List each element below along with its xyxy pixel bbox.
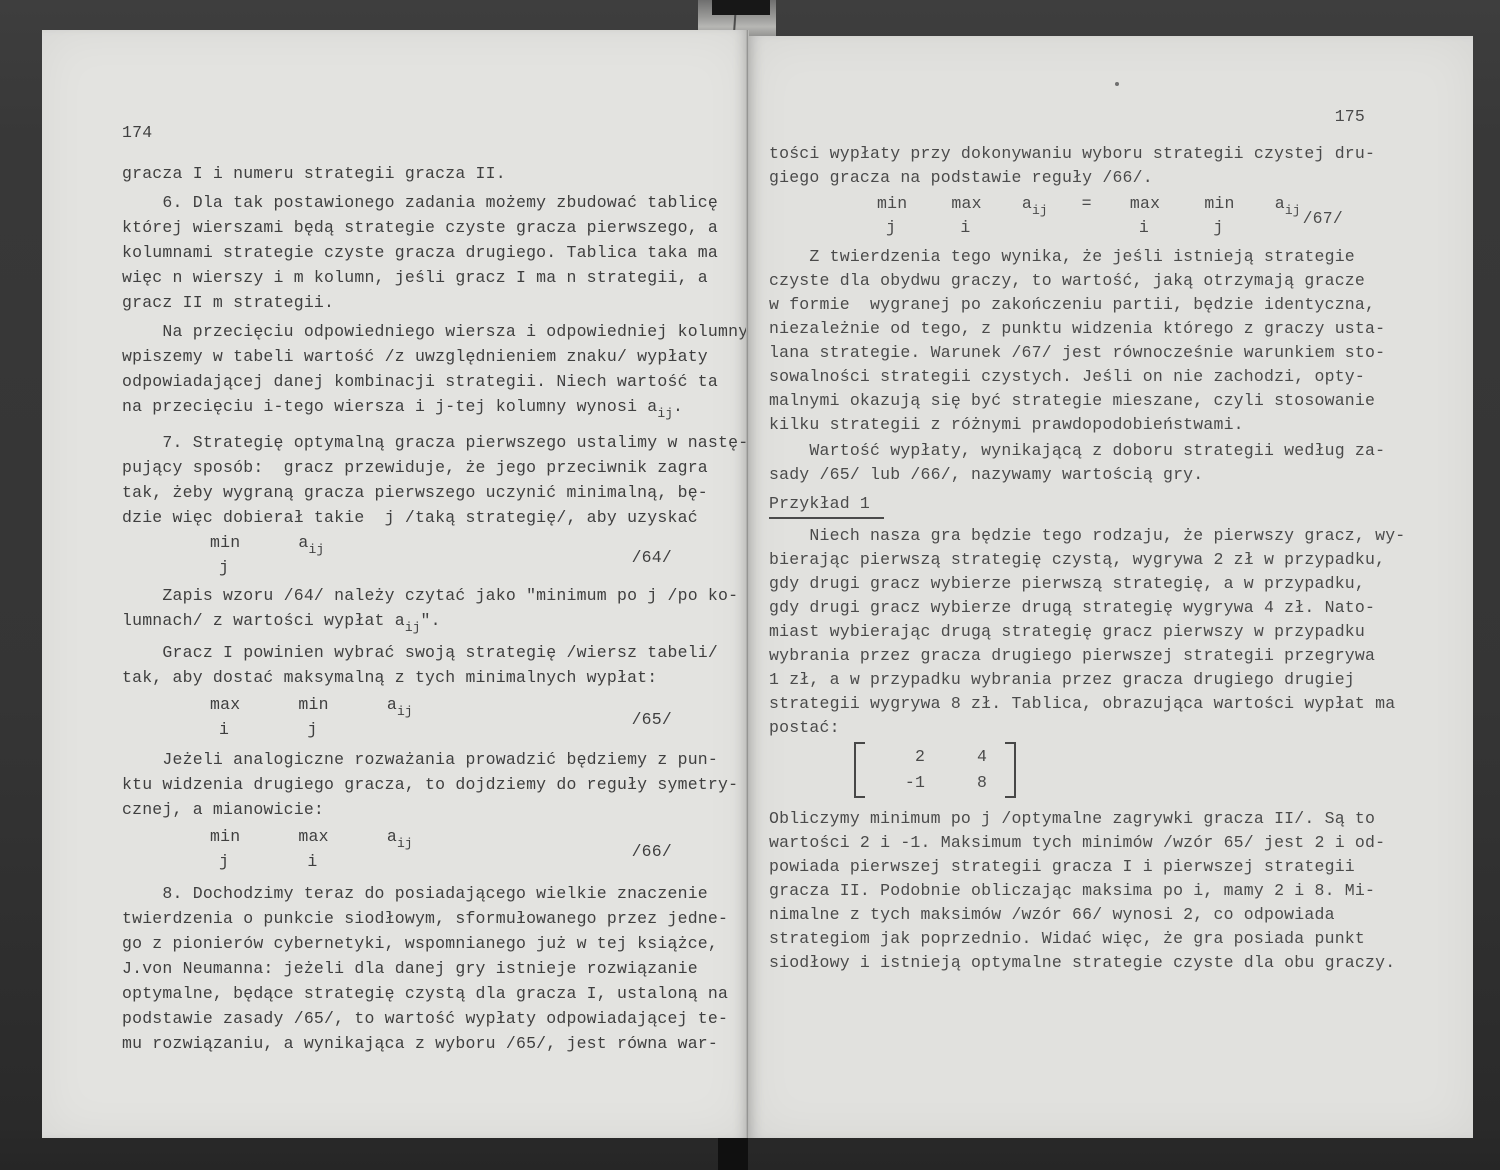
equals-sign: =	[1082, 192, 1092, 216]
paragraph: Jeżeli analogiczne rozważania prowadzić …	[122, 747, 734, 822]
right-bracket	[1005, 742, 1016, 798]
right-text-column: 175 tości wypłaty przy dokonywaniu wybor…	[769, 105, 1373, 979]
example-heading-row: Przykład 1	[769, 492, 1373, 524]
paragraph: 7. Strategię optymalną gracza pierwszego…	[122, 430, 734, 530]
formula-label: /67/	[1303, 207, 1343, 231]
min-operator: minj	[210, 824, 240, 874]
formula-65: maxi minj aij /65/	[122, 692, 734, 742]
example-heading: Przykład 1	[769, 492, 884, 519]
paragraph: 8. Dochodzimy teraz do posiadającego wie…	[122, 881, 734, 1056]
formula-66: minj maxi aij /66/	[122, 824, 734, 874]
page-175: 175 tości wypłaty przy dokonywaniu wybor…	[749, 36, 1473, 1138]
paragraph: Z twierdzenia tego wynika, że jeśli istn…	[769, 245, 1373, 437]
paragraph: gracza I i numeru strategii gracza II.	[122, 161, 734, 186]
left-text-column: 174 gracza I i numeru strategii gracza I…	[122, 120, 734, 1060]
matrix-values: 2 4 -1 8	[877, 744, 993, 796]
page-number: 174	[122, 120, 734, 145]
paragraph: Zapis wzoru /64/ należy czytać jako "min…	[122, 583, 734, 640]
page-174: 174 gracza I i numeru strategii gracza I…	[42, 30, 748, 1138]
paragraph: Na przecięciu odpowiedniego wiersza i od…	[122, 319, 734, 426]
left-bracket	[854, 742, 865, 798]
bottom-notch	[718, 1138, 748, 1170]
paragraph: 6. Dla tak postawionego zadania możemy z…	[122, 190, 734, 315]
binding-strip	[712, 0, 770, 15]
paragraph: Niech nasza gra będzie tego rodzaju, że …	[769, 524, 1373, 740]
formula-label: /65/	[632, 707, 672, 732]
matrix-cell: 4	[977, 744, 987, 770]
max-operator: maxi	[210, 692, 240, 742]
max-operator: maxi	[298, 824, 328, 874]
formula-67: minj maxi aij = maxi minj aij /67/	[769, 192, 1373, 240]
min-operator: minj	[1204, 192, 1234, 240]
payoff-variable: aij	[1022, 192, 1048, 223]
scan-speck	[1115, 82, 1119, 86]
book-scan: 174 gracza I i numeru strategii gracza I…	[0, 0, 1500, 1170]
max-operator: maxi	[951, 192, 981, 240]
matrix-cell: -1	[905, 770, 925, 796]
min-operator: minj	[877, 192, 907, 240]
max-operator: maxi	[1130, 192, 1160, 240]
formula-label: /64/	[632, 545, 672, 570]
payoff-variable: aij	[298, 530, 324, 562]
paragraph: Obliczymy minimum po j /optymalne zagryw…	[769, 807, 1373, 975]
paragraph: Wartość wypłaty, wynikającą z doboru str…	[769, 439, 1373, 487]
matrix-cell: 8	[977, 770, 987, 796]
formula-label: /66/	[632, 839, 672, 864]
page-number: 175	[769, 105, 1373, 129]
payoff-variable: aij	[1275, 192, 1301, 223]
formula-64: minj aij /64/	[122, 530, 734, 580]
min-operator: minj	[210, 530, 240, 580]
paragraph: tości wypłaty przy dokonywaniu wyboru st…	[769, 142, 1373, 190]
payoff-matrix: 2 4 -1 8	[854, 742, 1373, 802]
matrix-cell: 2	[915, 744, 925, 770]
paragraph: Gracz I powinien wybrać swoją strategię …	[122, 640, 734, 690]
min-operator: minj	[298, 692, 328, 742]
payoff-variable: aij	[387, 824, 413, 856]
payoff-variable: aij	[387, 692, 413, 724]
